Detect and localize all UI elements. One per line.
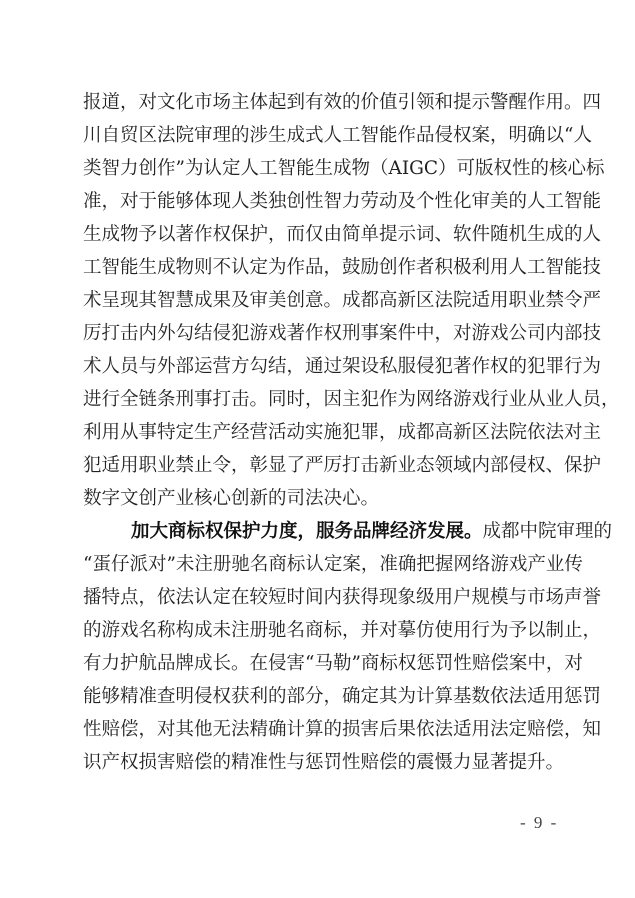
text-line: 厉打击内外勾结侵犯游戏著作权刑事案件中，对游戏公司内部技: [83, 317, 557, 350]
text-line: 术人员与外部运营方勾结，通过架设私服侵犯著作权的犯罪行为: [83, 350, 557, 383]
text-line: “蛋仔派对”未注册驰名商标认定案，准确把握网络游戏产业传: [83, 548, 557, 581]
text-line: 性赔偿，对其他无法精确计算的损害后果依法适用法定赔偿，知: [83, 713, 557, 746]
text-line: 能够精准查明侵权获利的部分，确定其为计算基数依法适用惩罚: [83, 680, 557, 713]
text-line: 工智能生成物则不认定为作品，鼓励创作者积极利用人工智能技: [83, 251, 557, 284]
text-line: 准，对于能够体现人类独创性智力劳动及个性化审美的人工智能: [83, 185, 557, 218]
paragraph-2: 加大商标权保护力度，服务品牌经济发展。成都中院审理的 “蛋仔派对”未注册驰名商标…: [83, 515, 557, 779]
body-text: 报道，对文化市场主体起到有效的价值引领和提示警醒作用。四 川自贸区法院审理的涉生…: [83, 86, 557, 779]
text-line: 播特点，依法认定在较短时间内获得现象级用户规模与市场声誉: [83, 581, 557, 614]
paragraph-heading: 加大商标权保护力度，服务品牌经济发展。: [131, 521, 483, 542]
text-line: 报道，对文化市场主体起到有效的价值引领和提示警醒作用。四: [83, 86, 557, 119]
text-line: 犯适用职业禁止令，彰显了严厉打击新业态领域内部侵权、保护: [83, 449, 557, 482]
text-line: 川自贸区法院审理的涉生成式人工智能作品侵权案，明确以“人: [83, 119, 557, 152]
text-line: 利用从事特定生产经营活动实施犯罪，成都高新区法院依法对主: [83, 416, 557, 449]
text-line: 类智力创作”为认定人工智能生成物（AIGC）可版权性的核心标: [83, 152, 557, 185]
paragraph-1: 报道，对文化市场主体起到有效的价值引领和提示警醒作用。四 川自贸区法院审理的涉生…: [83, 86, 557, 515]
text-line: 的游戏名称构成未注册驰名商标，并对摹仿使用行为予以制止，: [83, 614, 557, 647]
text-line: 生成物予以著作权保护，而仅由简单提示词、软件随机生成的人: [83, 218, 557, 251]
text-line-last: 识产权损害赔偿的精准性与惩罚性赔偿的震慑力显著提升。: [83, 746, 557, 779]
text-run: 成都中院审理的: [483, 521, 613, 542]
text-line: 有力护航品牌成长。在侵害“马勒”商标权惩罚性赔偿案中，对: [83, 647, 557, 680]
document-page: 报道，对文化市场主体起到有效的价值引领和提示警醒作用。四 川自贸区法院审理的涉生…: [0, 0, 635, 898]
text-line-last: 数字文创产业核心创新的司法决心。: [83, 482, 557, 515]
text-line: 进行全链条刑事打击。同时，因主犯作为网络游戏行业从业人员，: [83, 383, 557, 416]
page-number: - 9 -: [520, 813, 558, 833]
paragraph-heading-line: 加大商标权保护力度，服务品牌经济发展。成都中院审理的: [83, 515, 557, 548]
text-line: 术呈现其智慧成果及审美创意。成都高新区法院适用职业禁令严: [83, 284, 557, 317]
